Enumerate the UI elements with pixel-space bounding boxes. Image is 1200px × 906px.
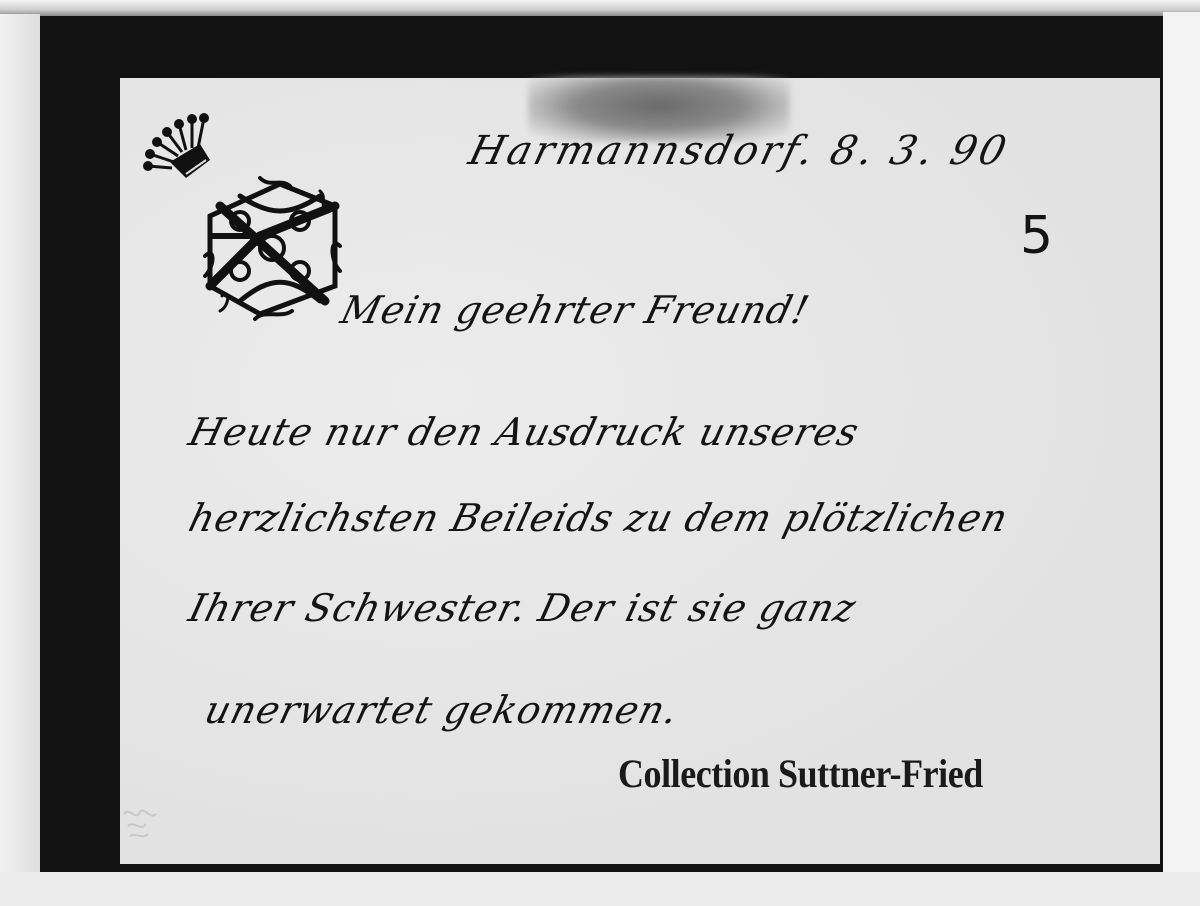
scan-bottom-margin <box>0 872 1200 906</box>
letter-card: Harmannsdorf. 8. 3. 90 5 Mein geehrter F… <box>120 78 1160 864</box>
place-date: Harmannsdorf. 8. 3. 90 <box>464 128 1013 174</box>
collection-stamp: Collection Suttner-Fried <box>618 750 983 797</box>
body-line: Heute nur den Ausdruck unseres <box>185 410 864 454</box>
crown-icon <box>142 110 222 180</box>
scan-left-margin <box>0 14 40 906</box>
scan-right-margin <box>1163 12 1200 906</box>
body-line: herzlichsten Beileids zu dem plötzlichen <box>185 496 1013 540</box>
body-line: unerwartet gekommen. <box>201 688 684 732</box>
page-number: 5 <box>1020 206 1053 266</box>
monogram-icon <box>200 176 345 321</box>
salutation: Mein geehrter Freund! <box>337 288 815 332</box>
black-mount-frame: Harmannsdorf. 8. 3. 90 5 Mein geehrter F… <box>40 16 1163 872</box>
blind-emboss-icon <box>120 804 160 844</box>
body-line: Ihrer Schwester. Der ist sie ganz <box>185 586 861 630</box>
scan-top-edge <box>0 0 1200 16</box>
